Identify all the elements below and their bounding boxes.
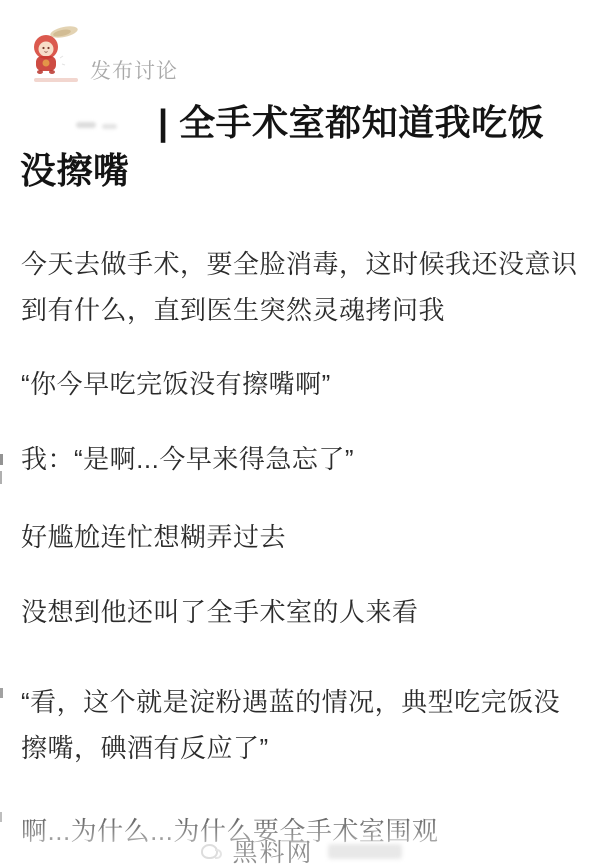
cropped-char-fragment (0, 688, 3, 698)
post-paragraph: 好尴尬连忙想糊弄过去 (21, 514, 585, 560)
post-paragraph: 我：“是啊...今早来得急忘了” (21, 436, 585, 482)
cropped-char-fragment (0, 454, 3, 465)
post-paragraph: 没想到他还叫了全手术室的人来看 (21, 589, 585, 635)
post-paragraph: 今天去做手术，要全脸消毒，这时候我还没意识到有什么，直到医生突然灵魂拷问我 (21, 241, 585, 333)
watermark-label: 黑料网 (232, 833, 313, 864)
erased-text-smudge (102, 124, 117, 129)
post-title: | 全手术室都知道我吃饭 没擦嘴 (20, 99, 589, 195)
watermark-row: 黑料网 (0, 834, 603, 864)
cropped-char-fragment (0, 471, 2, 484)
post-page: 发布讨论 | 全手术室都知道我吃饭 没擦嘴 今天去做手术，要全脸消毒，这时候我还… (0, 0, 603, 864)
post-paragraph: “看，这个就是淀粉遇蓝的情况，典型吃完饭没擦嘴，碘酒有反应了” (21, 679, 585, 771)
mascot-avatar-icon[interactable] (26, 18, 88, 88)
watermark-logo-icon (201, 844, 218, 859)
erased-text-smudge (76, 122, 96, 128)
cropped-char-fragment (0, 812, 2, 822)
post-title-line1: | 全手术室都知道我吃饭 (158, 102, 544, 143)
watermark-ghost-text (328, 844, 402, 859)
post-title-line2: 没擦嘴 (20, 150, 130, 191)
post-paragraph: “你今早吃完饭没有擦嘴啊” (21, 361, 585, 407)
publish-discussion-label: 发布讨论 (90, 55, 178, 85)
redacted-username (20, 134, 158, 135)
